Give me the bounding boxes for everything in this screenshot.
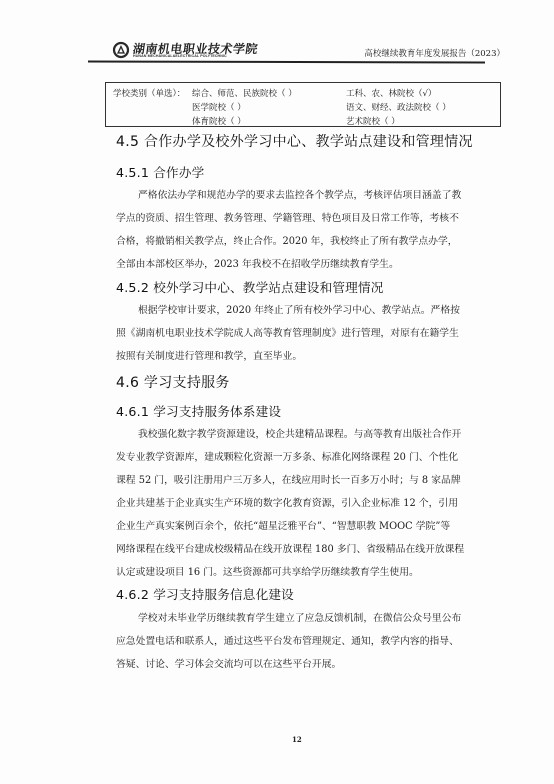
category-option-medical: 医学院校（ ）: [192, 101, 246, 113]
school-emblem-icon: [112, 41, 130, 59]
school-category-box: 学校类别（单选）： 综合、师范、民族院校（ ） 工科、农、林院校（√） 医学院校…: [105, 82, 501, 127]
category-option-engineering: 工科、农、林院校（√）: [346, 87, 436, 99]
paragraph-line: 企业生产真实案例百余个，依托“超星泛雅平台”、“智慧职教 MOOC 学院”等: [116, 518, 450, 532]
category-option-language-finance-law: 语文、财经、政法院校（ ）: [346, 101, 451, 113]
paragraph-line: 网络课程在线平台建成校级精品在线开放课程 180 多门、省级精品在线开放课程: [116, 541, 464, 555]
category-option-arts: 艺术院校（ ）: [346, 115, 400, 127]
report-title: 高校继续教育年度发展报告（2023）: [364, 47, 505, 59]
paragraph-line: 学校对未毕业学历继续教育学生建立了应急反馈机制，在微信公众号里公布: [138, 610, 461, 624]
paragraph-line: 我校强化数字教学资源建设，校企共建精品课程。与高等教育出版社合作开: [138, 426, 461, 440]
paragraph-line: 应急处置电话和联系人，通过这些平台发布管理规定、通知，教学内容的指导、: [116, 633, 459, 647]
category-option-comprehensive: 综合、师范、民族院校（ ）: [192, 87, 297, 99]
section-heading-4-5-2: 4.5.2 校外学习中心、教学站点建设和管理情况: [116, 277, 384, 296]
section-heading-4-6-1: 4.6.1 学习支持服务体系建设: [116, 401, 281, 420]
header-divider: [88, 60, 485, 63]
paragraph-line: 认定或建设项目 16 门。这些资源都可共享给学历继续教育学生使用。: [116, 564, 419, 578]
paragraph-line: 按照有关制度进行管理和教学，直至毕业。: [116, 348, 302, 362]
paragraph-line: 企业共建基于企业真实生产环境的数字化教育资源，引入企业标准 12 个，引用: [116, 495, 458, 509]
paragraph-line: 全部由本部校区举办，2023 年我校不在招收学历继续教育学生。: [116, 256, 399, 270]
section-heading-4-5-1: 4.5.1 合作办学: [116, 162, 204, 181]
section-heading-4-6: 4.6 学习支持服务: [116, 372, 230, 392]
paragraph-line: 合格，将撤销相关教学点，终止合作。2020 年，我校终止了所有教学点办学，: [116, 233, 458, 247]
document-page: 湖南机电职业技术学院 HUNAN MECHANICAL&ELECTRICAL P…: [0, 0, 554, 784]
category-option-sports: 体育院校（ ）: [192, 115, 246, 127]
paragraph-line: 答疑、讨论、学习体会交流均可以在这些平台开展。: [116, 656, 341, 670]
paragraph-line: 学点的资质、招生管理、教务管理、学籍管理、特色项目及日常工作等，考核不: [116, 210, 459, 224]
institution-english-name: HUNAN MECHANICAL&ELECTRICAL POLYTECHNIC: [133, 54, 227, 58]
paragraph-line: 课程 52 门，吸引注册用户三万多人，在线应用时长一百多万小时；与 8 家品牌: [116, 472, 461, 486]
paragraph-line: 严格依法办学和规范办学的要求去监控各个教学点，考核评估项目涵盖了教: [138, 187, 461, 201]
school-category-label: 学校类别（单选）：: [113, 87, 185, 99]
page-number: 12: [292, 735, 302, 744]
paragraph-line: 根据学校审计要求，2020 年终止了所有校外学习中心、教学站点。严格按: [138, 302, 460, 316]
paragraph-line: 照《湖南机电职业技术学院成人高等教育管理制度》进行管理，对原有在籍学生: [116, 325, 459, 339]
page-header: 湖南机电职业技术学院 HUNAN MECHANICAL&ELECTRICAL P…: [95, 38, 505, 62]
section-heading-4-5: 4.5 合作办学及校外学习中心、教学站点建设和管理情况: [116, 131, 473, 151]
paragraph-line: 发专业教学资源库，建成颗粒化资源一万多条、标准化网络课程 20 门、个性化: [116, 449, 458, 463]
section-heading-4-6-2: 4.6.2 学习支持服务信息化建设: [116, 584, 294, 603]
